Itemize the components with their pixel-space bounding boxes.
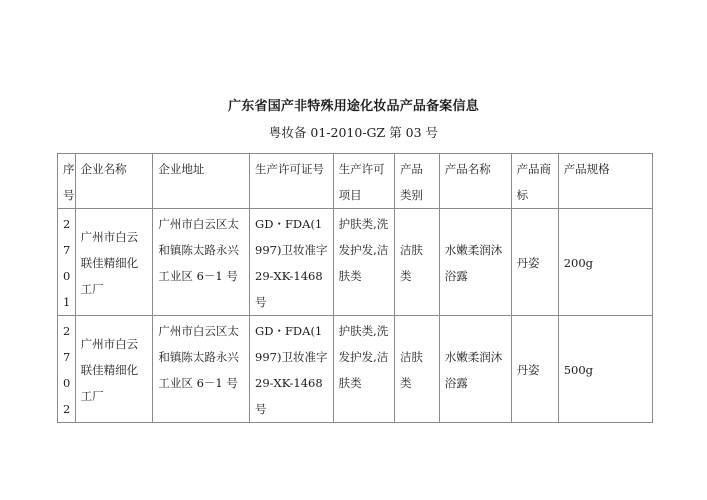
cell-seq: 2702 bbox=[58, 316, 76, 423]
cell-product-name: 水嫩柔润沐浴露 bbox=[439, 209, 511, 316]
cell-category: 洁肤类 bbox=[394, 316, 439, 423]
table-row: 2701 广州市白云联佳精细化工厂 广州市白云区太和镇陈太路永兴工业区 6－1 … bbox=[58, 209, 653, 316]
cell-spec: 200g bbox=[558, 209, 652, 316]
cell-company: 广州市白云联佳精细化工厂 bbox=[75, 209, 153, 316]
cell-license-no: GD・FDA(1997)卫妆准字 29-XK-1468 号 bbox=[250, 209, 334, 316]
cell-license-items: 护肤类,洗发护发,洁肤类 bbox=[333, 209, 394, 316]
cell-brand: 丹姿 bbox=[511, 209, 558, 316]
cell-seq: 2701 bbox=[58, 209, 76, 316]
header-seq: 序号 bbox=[58, 154, 76, 209]
record-number: 粤妆备 01-2010-GZ 第 03 号 bbox=[0, 123, 707, 141]
header-license-items: 生产许可项目 bbox=[333, 154, 394, 209]
cell-address: 广州市白云区太和镇陈太路永兴工业区 6－1 号 bbox=[153, 316, 250, 423]
header-product-name: 产品名称 bbox=[439, 154, 511, 209]
header-address: 企业地址 bbox=[153, 154, 250, 209]
product-record-table: 序号 企业名称 企业地址 生产许可证号 生产许可项目 产品类别 产品名称 产品商… bbox=[57, 153, 653, 423]
header-category: 产品类别 bbox=[394, 154, 439, 209]
table-header-row: 序号 企业名称 企业地址 生产许可证号 生产许可项目 产品类别 产品名称 产品商… bbox=[58, 154, 653, 209]
cell-product-name: 水嫩柔润沐浴露 bbox=[439, 316, 511, 423]
cell-license-no: GD・FDA(1997)卫妆准字 29-XK-1468 号 bbox=[250, 316, 334, 423]
header-company: 企业名称 bbox=[75, 154, 153, 209]
document-title: 广东省国产非特殊用途化妆品产品备案信息 bbox=[0, 95, 707, 114]
cell-license-items: 护肤类,洗发护发,洁肤类 bbox=[333, 316, 394, 423]
header-license-no: 生产许可证号 bbox=[250, 154, 334, 209]
table-row: 2702 广州市白云联佳精细化工厂 广州市白云区太和镇陈太路永兴工业区 6－1 … bbox=[58, 316, 653, 423]
cell-category: 洁肤类 bbox=[394, 209, 439, 316]
cell-spec: 500g bbox=[558, 316, 652, 423]
cell-address: 广州市白云区太和镇陈太路永兴工业区 6－1 号 bbox=[153, 209, 250, 316]
header-brand: 产品商标 bbox=[511, 154, 558, 209]
cell-company: 广州市白云联佳精细化工厂 bbox=[75, 316, 153, 423]
header-spec: 产品规格 bbox=[558, 154, 652, 209]
cell-brand: 丹姿 bbox=[511, 316, 558, 423]
